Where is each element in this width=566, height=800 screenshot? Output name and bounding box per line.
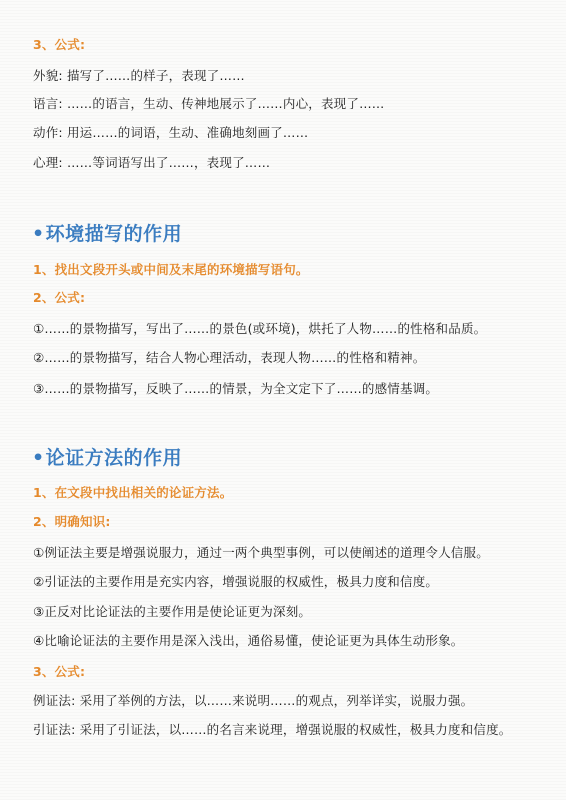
environment-step-1: 1、找出文段开头或中间及末尾的环境描写语句。 — [33, 262, 309, 278]
formula-label: 3、公式: — [33, 37, 85, 53]
formula-action: 动作: 用运……的词语，生动、准确地刻画了…… — [33, 125, 308, 141]
argument-formula-quotation: 引证法: 采用了引证法，以……的名言来说理，增强说服的权威性，极具力度和信度。 — [33, 719, 533, 741]
environment-formula-3: ③……的景物描写，反映了……的情景，为全文定下了……的感情基调。 — [33, 381, 438, 397]
environment-formula-2: ②……的景物描写，结合人物心理活动，表现人物……的性格和精神。 — [33, 350, 425, 366]
environment-title: 环境描写的作用 — [46, 223, 183, 245]
formula-psychology: 心理: ……等词语写出了……，表现了…… — [33, 155, 270, 171]
argument-step-1: 1、在文段中找出相关的论证方法。 — [33, 485, 232, 501]
argument-heading: •论证方法的作用 — [32, 446, 182, 470]
knowledge-item-2: ②引证法的主要作用是充实内容，增强说服的权威性，极具力度和信度。 — [33, 574, 438, 590]
argument-step-2: 2、明确知识: — [33, 514, 111, 530]
knowledge-item-4: ④比喻论证法的主要作用是深入浅出，通俗易懂，使论证更为具体生动形象。 — [33, 633, 464, 649]
argument-step-3: 3、公式: — [33, 664, 85, 680]
argument-title: 论证方法的作用 — [46, 447, 183, 469]
formula-language: 语言: ……的语言，生动、传神地展示了……内心，表现了…… — [33, 96, 385, 112]
bullet-icon: • — [32, 223, 45, 245]
formula-appearance: 外貌: 描写了……的样子，表现了…… — [33, 68, 245, 84]
bullet-icon: • — [32, 447, 45, 469]
environment-heading: •环境描写的作用 — [32, 222, 182, 246]
environment-formula-1: ①……的景物描写，写出了……的景色(或环境)，烘托了人物……的性格和品质。 — [33, 321, 486, 337]
knowledge-item-1: ①例证法主要是增强说服力，通过一两个典型事例，可以使阐述的道理令人信服。 — [33, 545, 489, 561]
knowledge-item-3: ③正反对比论证法的主要作用是使论证更为深刻。 — [33, 604, 311, 620]
environment-step-2: 2、公式: — [33, 290, 85, 306]
document-page: 3、公式: 外貌: 描写了……的样子，表现了…… 语言: ……的语言，生动、传神… — [0, 0, 566, 800]
argument-formula-example: 例证法: 采用了举例的方法，以……来说明……的观点，列举详实，说服力强。 — [33, 693, 473, 709]
